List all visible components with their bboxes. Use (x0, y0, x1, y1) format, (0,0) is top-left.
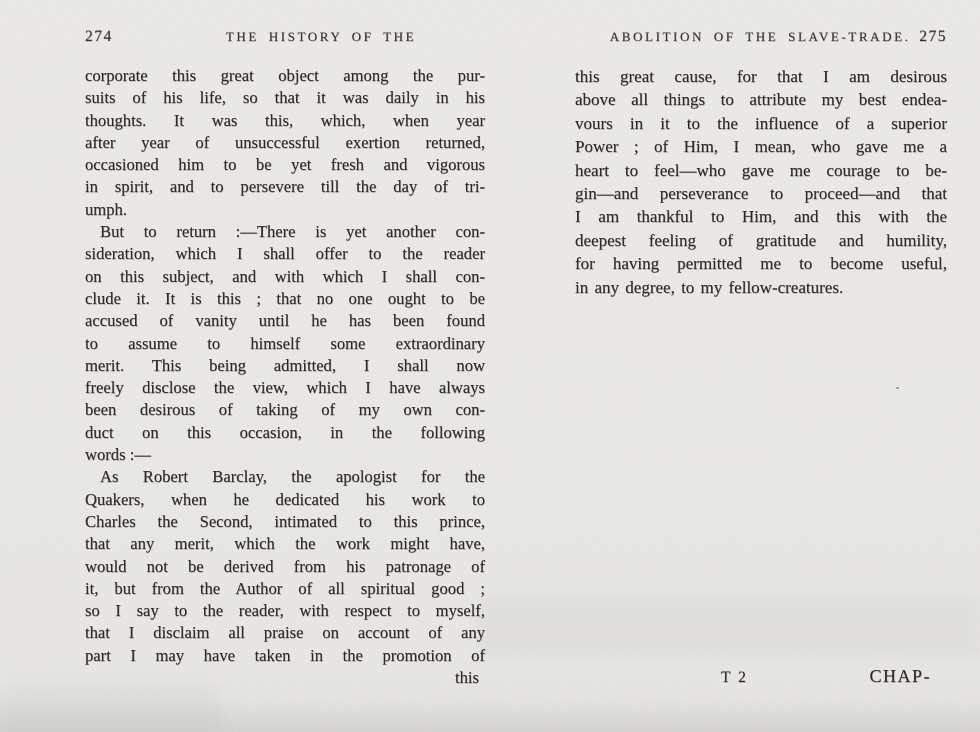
text-line: duct on this occasion, in the following (85, 422, 485, 444)
text-line: after year of unsuccessful exertion retu… (85, 132, 485, 154)
text-line: Quakers, when he dedicated his work to (85, 489, 485, 511)
left-page: 274 THE HISTORY OF THE corporate this gr… (85, 28, 485, 689)
text-line: accused of vanity until he has been foun… (85, 310, 485, 332)
text-line: in spirit, and to persevere till the day… (85, 176, 485, 198)
text-line: corporate this great object among the pu… (85, 65, 485, 87)
text-line: been desirous of taking of my own con- (85, 399, 485, 421)
text-line: But to return :—There is yet another con… (85, 221, 485, 243)
ink-speck (896, 387, 899, 389)
text-line: merit. This being admitted, I shall now (85, 355, 485, 377)
scan-shadow-band (480, 598, 980, 656)
text-line: suits of his life, so that it was daily … (85, 87, 485, 109)
right-page-header: ABOLITION OF THE SLAVE-TRADE. 275 (575, 28, 947, 50)
right-page-number: 275 (919, 28, 947, 46)
scan-smudge (0, 688, 220, 732)
text-line: Charles the Second, intimated to this pr… (85, 511, 485, 533)
right-running-header: ABOLITION OF THE SLAVE-TRADE. (575, 29, 919, 45)
text-line: it, but from the Author of all spiritual… (85, 578, 485, 600)
left-page-header: 274 THE HISTORY OF THE (85, 28, 485, 50)
text-line: that any merit, which the work might hav… (85, 533, 485, 555)
left-page-number: 274 (85, 28, 171, 46)
signature-mark: T 2 (721, 669, 748, 687)
text-line: I am thankful to Him, and this with the (575, 205, 947, 228)
text-line: heart to feel—who gave me courage to be- (575, 159, 947, 182)
right-page: ABOLITION OF THE SLAVE-TRADE. 275 this g… (575, 28, 947, 299)
text-line: would not be derived from his patronage … (85, 556, 485, 578)
text-line: that I disclaim all praise on account of… (85, 622, 485, 644)
right-catchword: CHAP- (869, 666, 931, 687)
left-catchword: this (85, 667, 485, 689)
text-line: so I say to the reader, with respect to … (85, 600, 485, 622)
text-line: freely disclose the view, which I have a… (85, 377, 485, 399)
text-line: deepest feeling of gratitude and humilit… (575, 229, 947, 252)
text-line: for having permitted me to become useful… (575, 252, 947, 275)
scan-edge-shadow (0, 700, 980, 732)
text-line: in any degree, to my fellow-creatures. (575, 276, 947, 299)
text-line: thoughts. It was this, which, when year (85, 110, 485, 132)
book-spread: 274 THE HISTORY OF THE corporate this gr… (0, 0, 980, 732)
text-line: occasioned him to be yet fresh and vigor… (85, 154, 485, 176)
text-line: sideration, which I shall offer to the r… (85, 243, 485, 265)
text-line: to assume to himself some extraordinary (85, 333, 485, 355)
text-line: gin—and perseverance to proceed—and that (575, 182, 947, 205)
text-line: As Robert Barclay, the apologist for the (85, 466, 485, 488)
text-line: words :— (85, 444, 485, 466)
text-line: this great cause, for that I am desirous (575, 65, 947, 88)
text-line: above all things to attribute my best en… (575, 88, 947, 111)
right-page-body-text: this great cause, for that I am desirous… (575, 65, 947, 299)
left-page-body-text: corporate this great object among the pu… (85, 65, 485, 667)
text-line: clude it. It is this ; that no one ought… (85, 288, 485, 310)
text-line: part I may have taken in the promotion o… (85, 645, 485, 667)
text-line: on this subject, and with which I shall … (85, 266, 485, 288)
text-line: Power ; of Him, I mean, who gave me a (575, 135, 947, 158)
text-line: umph. (85, 199, 485, 221)
text-line: vours in it to the influence of a superi… (575, 112, 947, 135)
left-running-header: THE HISTORY OF THE (171, 29, 485, 45)
